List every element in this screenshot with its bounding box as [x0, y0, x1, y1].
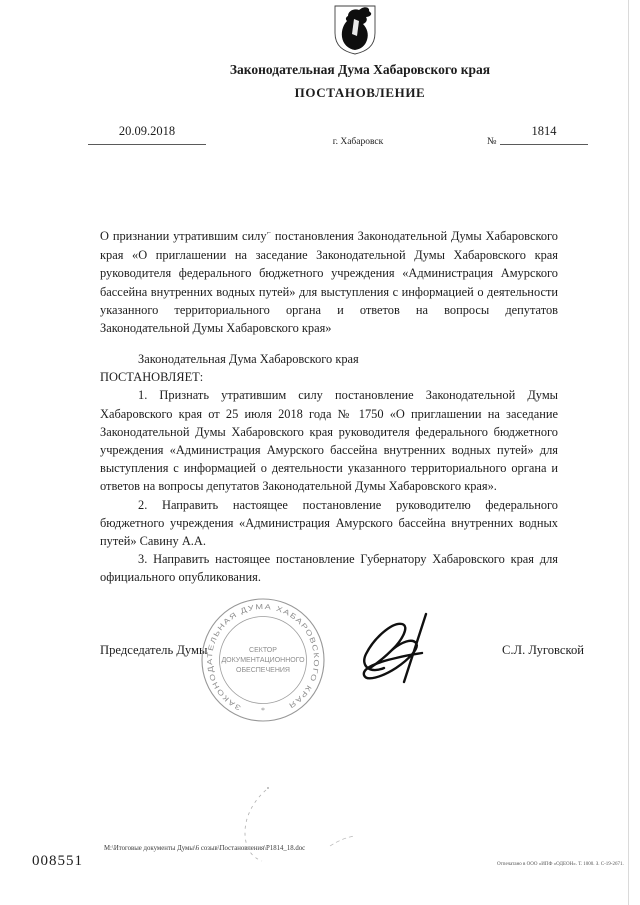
resolution-body: Законодательная Дума Хабаровского края П…	[100, 350, 558, 587]
signature-stroke	[364, 641, 422, 679]
stamp-star-separator: *	[261, 706, 265, 715]
round-stamp: ЗАКОНОДАТЕЛЬНАЯ ДУМА ХАБАРОВСКОГО КРАЯ С…	[197, 594, 329, 726]
issuing-authority: Законодательная Дума Хабаровского края	[80, 62, 640, 78]
scan-edge-line	[628, 0, 629, 905]
print-shop-note: Отпечатано в ООО «ИПФ «ОДЕОН». Т. 1000. …	[497, 862, 624, 867]
document-page: Законодательная Дума Хабаровского края П…	[0, 0, 640, 905]
document-place: г. Хабаровск	[290, 137, 426, 147]
signature-stroke	[404, 614, 426, 682]
signature-stroke	[364, 624, 405, 670]
title-text-lead: О признании утратившим силу	[100, 229, 267, 243]
stamp-center-line-3: ОБЕСПЕЧЕНИЯ	[236, 667, 290, 674]
document-number: 1814	[500, 124, 588, 145]
preamble-line: Законодательная Дума Хабаровского края	[100, 350, 558, 368]
scan-artifact-dash	[328, 834, 358, 848]
resolves-line: ПОСТАНОВЛЯЕТ:	[100, 368, 558, 386]
signatory-position: Председатель Думы	[100, 643, 207, 658]
file-path-note: М:\Итоговые документы Думы\6 созыв\Поста…	[104, 845, 305, 852]
title-text-rest: постановления Законодательной Думы Хабар…	[100, 229, 558, 335]
document-title: О признании утратившим силу⌐ постановлен…	[100, 227, 558, 337]
stamp-center-line-2: ДОКУМЕНТАЦИОННОГО	[221, 657, 305, 664]
resolution-item-3: 3. Направить настоящее постановление Губ…	[100, 550, 558, 586]
document-type-heading: ПОСТАНОВЛЕНИЕ	[80, 85, 640, 101]
coat-of-arms-emblem	[333, 4, 377, 56]
number-sign: №	[487, 136, 497, 147]
registration-code: 008551	[32, 853, 83, 870]
stamp-center-line-1: СЕКТОР	[249, 647, 277, 654]
resolution-item-1: 1. Признать утратившим силу постановлени…	[100, 386, 558, 495]
resolution-item-2: 2. Направить настоящее постановление рук…	[100, 496, 558, 551]
scan-artifact-arc	[232, 786, 272, 866]
signatory-name: С.Л. Луговской	[502, 643, 584, 658]
handwritten-signature	[350, 610, 468, 702]
document-date: 20.09.2018	[88, 124, 206, 145]
